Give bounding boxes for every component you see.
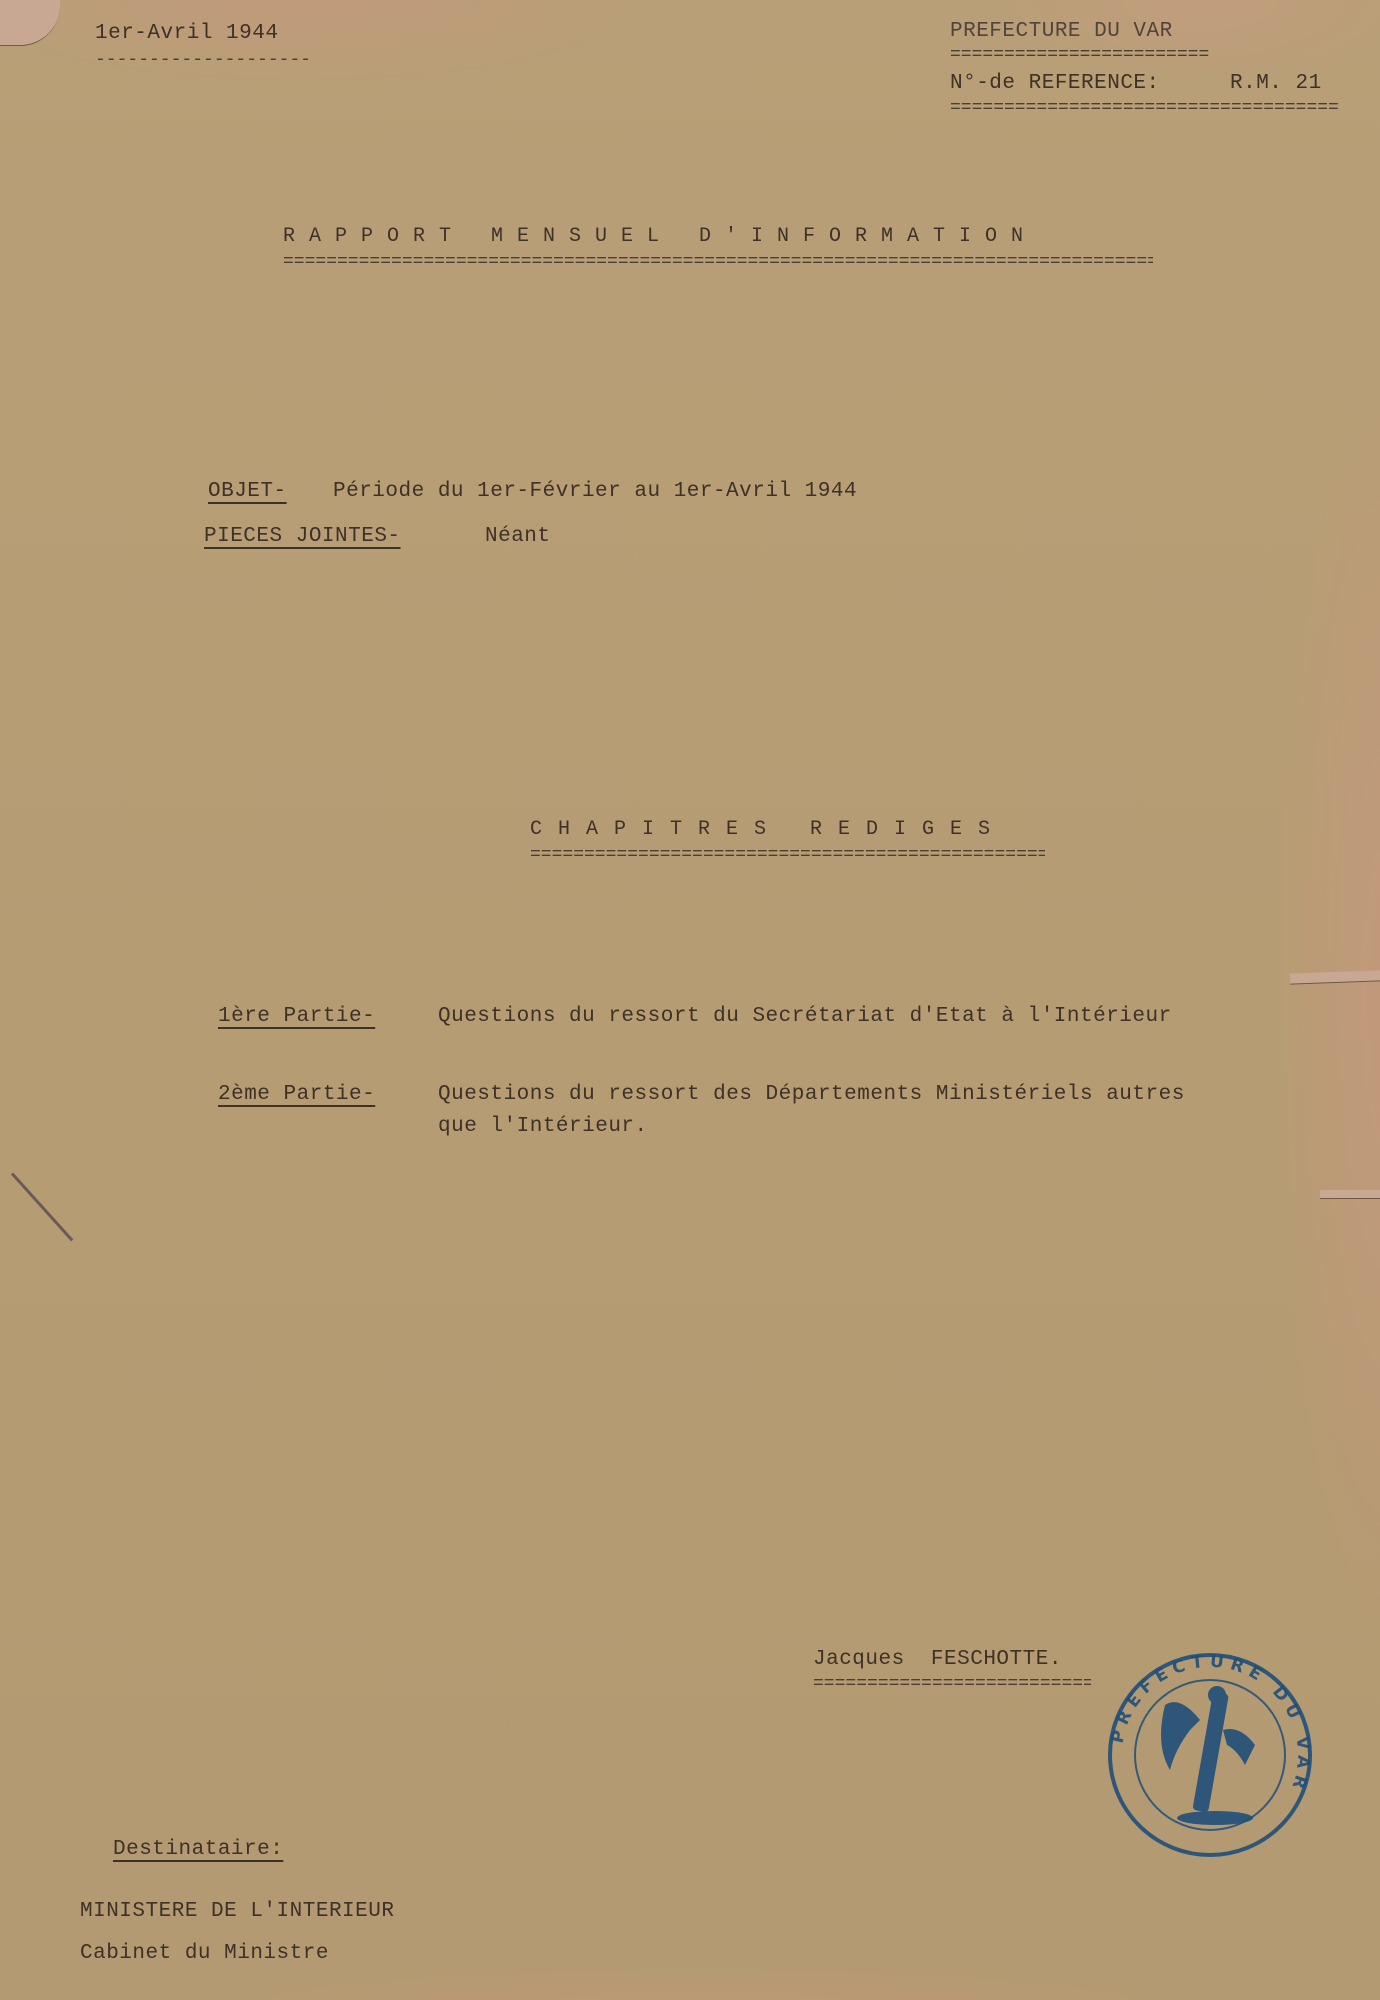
recipient-line-2: Cabinet du Ministre (80, 1942, 329, 1965)
prefecture-stamp-icon: PREFECTURE DU VAR (1105, 1650, 1315, 1860)
reference-underline: ======================================== (950, 98, 1340, 118)
prefecture-header: PREFECTURE DU VAR (950, 20, 1173, 43)
objet-label: OBJET- (208, 480, 287, 503)
objet-value: Période du 1er-Février au 1er-Avril 1944 (333, 480, 857, 503)
title-underline: ========================================… (283, 252, 1153, 272)
part-1-text: Questions du ressort du Secrétariat d'Et… (438, 1005, 1172, 1028)
signature-underline: ============================== (813, 1674, 1091, 1694)
recipient-label: Destinataire: (113, 1838, 283, 1861)
recipient-line-1: MINISTERE DE L'INTERIEUR (80, 1900, 394, 1923)
signature-name: Jacques FESCHOTTE. (813, 1648, 1062, 1671)
date-underline: ---------------------- (95, 50, 310, 70)
part-1-label: 1ère Partie- (218, 1005, 375, 1028)
section-title: CHAPITRES REDIGES (530, 818, 1006, 841)
document-title: RAPPORT MENSUEL D'INFORMATION (283, 225, 1037, 248)
prefecture-underline: =========================== (950, 45, 1210, 65)
reference-label: N°-de REFERENCE: (950, 72, 1160, 95)
pieces-jointes-value: Néant (485, 525, 551, 548)
torn-edge-right-2 (1320, 1190, 1380, 1199)
document-date: 1er-Avril 1944 (95, 22, 278, 45)
part-2-text-line-2: que l'Intérieur. (438, 1115, 648, 1138)
pieces-jointes-label: PIECES JOINTES- (204, 525, 401, 548)
reference-value: R.M. 21 (1230, 72, 1322, 95)
section-title-underline: ========================================… (530, 845, 1045, 865)
part-2-text-line-1: Questions du ressort des Départements Mi… (438, 1083, 1185, 1106)
part-2-label: 2ème Partie- (218, 1083, 375, 1106)
